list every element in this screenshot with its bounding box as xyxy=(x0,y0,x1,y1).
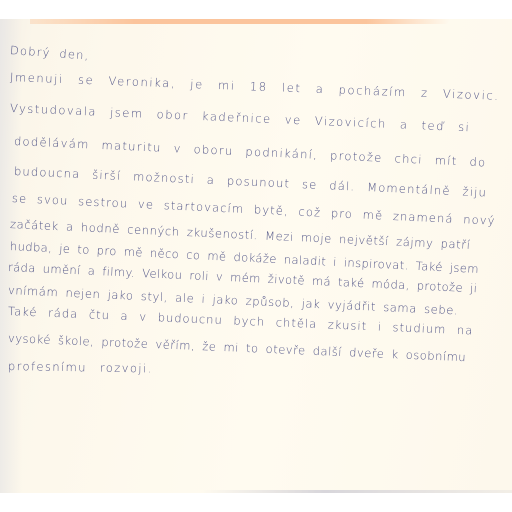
letter-line: Jmenuji se Veronika, je mi 18 let a poch… xyxy=(10,70,500,103)
letter-line: profesnímu rozvoji. xyxy=(8,359,153,376)
paper-top-strip xyxy=(30,19,450,24)
paper-bottom-shadow xyxy=(200,490,512,493)
handwritten-letter-page: Dobrý den, Jmenuji se Veronika, je mi 18… xyxy=(0,19,512,493)
letter-line: dodělávám maturitu v oboru podnikání, pr… xyxy=(14,134,487,169)
paper-shadow-left xyxy=(0,19,22,493)
letter-line: Vystudovala jsem obor kadeřnice ve Vizov… xyxy=(10,101,471,134)
